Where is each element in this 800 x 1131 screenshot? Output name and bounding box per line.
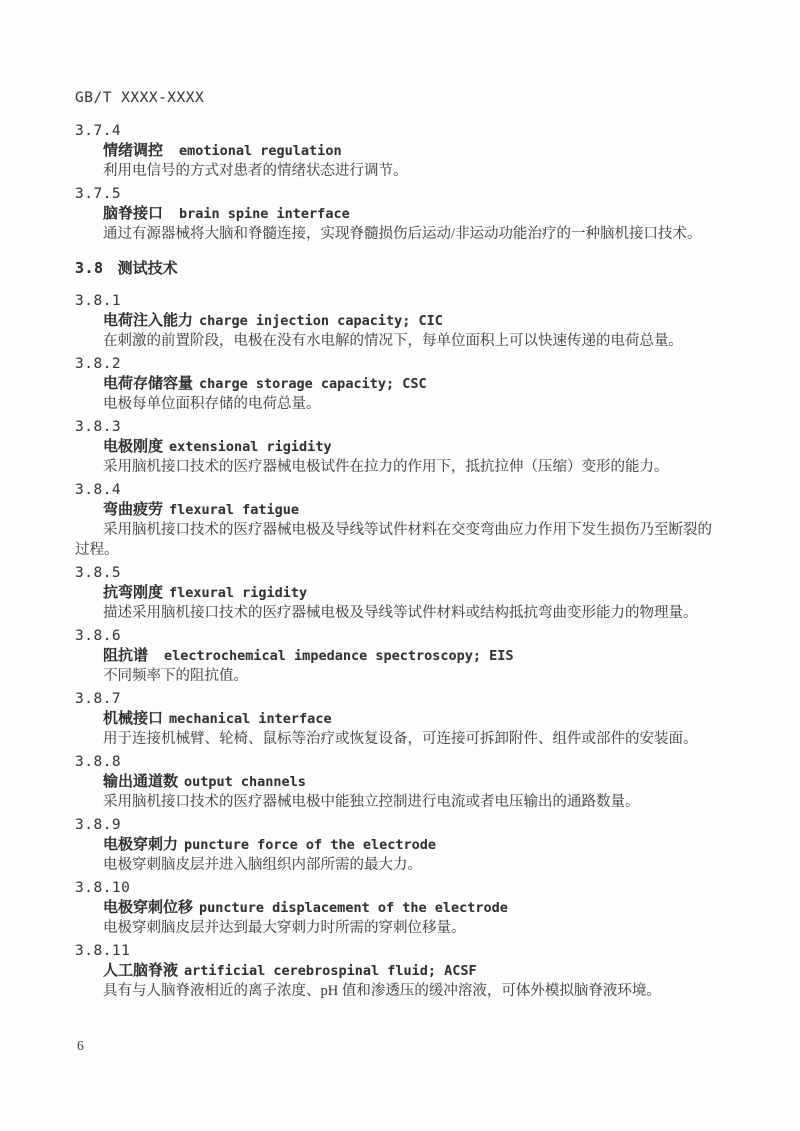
clause-number: 3.8.9: [75, 815, 725, 835]
term-en: artificial cerebrospinal fluid; ACSF: [184, 963, 477, 979]
term-definition: 采用脑机接口技术的医疗器械电极中能独立控制进行电流或者电压输出的通路数量。: [75, 792, 725, 812]
term-definition: 描述采用脑机接口技术的医疗器械电极及导线等试件材料或结构抵抗弯曲变形能力的物理量…: [75, 603, 725, 623]
document-content: 3.7.4 情绪调控emotional regulation 利用电信号的方式对…: [75, 118, 725, 1001]
term-zh: 电荷注入能力: [103, 312, 193, 329]
term-definition: 在刺激的前置阶段，电极在没有水电解的情况下，每单位面积上可以快速传递的电荷总量。: [75, 331, 725, 351]
section-heading-number: 3.8: [75, 259, 104, 277]
clause-number: 3.8.8: [75, 752, 725, 772]
term-en: puncture displacement of the electrode: [199, 900, 508, 916]
term-zh: 脑脊接口: [103, 205, 163, 222]
term-zh: 抗弯刚度: [103, 584, 163, 601]
term-entry-3-8-3: 3.8.3 电极刚度extensional rigidity 采用脑机接口技术的…: [75, 417, 725, 477]
term-en: charge storage capacity; CSC: [199, 376, 427, 392]
running-header: GB/T XXXX-XXXX: [75, 90, 204, 106]
term-zh: 电极穿刺位移: [103, 899, 193, 916]
clause-number: 3.7.4: [75, 121, 725, 141]
term-line: 情绪调控emotional regulation: [103, 141, 725, 161]
term-line: 人工脑脊液artificial cerebrospinal fluid; ACS…: [103, 961, 725, 981]
term-entry-3-8-5: 3.8.5 抗弯刚度flexural rigidity 描述采用脑机接口技术的医…: [75, 563, 725, 623]
term-line: 机械接口mechanical interface: [103, 709, 725, 729]
clause-number: 3.8.6: [75, 626, 725, 646]
term-en: extensional rigidity: [169, 439, 332, 455]
clause-number: 3.8.2: [75, 354, 725, 374]
term-entry-3-8-9: 3.8.9 电极穿刺力puncture force of the electro…: [75, 815, 725, 875]
term-line: 阻抗谱electrochemical impedance spectroscop…: [103, 646, 725, 666]
term-en: flexural fatigue: [169, 502, 299, 518]
term-definition: 具有与人脑脊液相近的离子浓度、pH 值和渗透压的缓冲溶液，可体外模拟脑脊液环境。: [75, 981, 725, 1001]
section-heading-3-8: 3.8测试技术: [75, 258, 725, 279]
term-entry-3-8-11: 3.8.11 人工脑脊液artificial cerebrospinal flu…: [75, 941, 725, 1001]
term-entry-3-7-4: 3.7.4 情绪调控emotional regulation 利用电信号的方式对…: [75, 121, 725, 181]
term-line: 电荷存储容量charge storage capacity; CSC: [103, 374, 725, 394]
term-line: 电荷注入能力charge injection capacity; CIC: [103, 311, 725, 331]
term-entry-3-8-10: 3.8.10 电极穿刺位移puncture displacement of th…: [75, 878, 725, 938]
term-en: puncture force of the electrode: [184, 837, 436, 853]
term-entry-3-7-5: 3.7.5 脑脊接口brain spine interface 通过有源器械将大…: [75, 184, 725, 244]
clause-number: 3.8.1: [75, 291, 725, 311]
term-zh: 阻抗谱: [103, 647, 148, 664]
term-zh: 人工脑脊液: [103, 962, 178, 979]
clause-number: 3.8.11: [75, 941, 725, 961]
term-line: 脑脊接口brain spine interface: [103, 204, 725, 224]
term-definition: 采用脑机接口技术的医疗器械电极及导线等试件材料在交变弯曲应力作用下发生损伤乃至断…: [75, 520, 725, 560]
term-entry-3-8-8: 3.8.8 输出通道数output channels 采用脑机接口技术的医疗器械…: [75, 752, 725, 812]
term-en: brain spine interface: [179, 206, 350, 222]
term-zh: 机械接口: [103, 710, 163, 727]
clause-number: 3.8.3: [75, 417, 725, 437]
term-definition: 采用脑机接口技术的医疗器械电极试件在拉力的作用下，抵抗拉伸（压缩）变形的能力。: [75, 457, 725, 477]
clause-number: 3.7.5: [75, 184, 725, 204]
term-en: output channels: [184, 774, 306, 790]
term-definition: 用于连接机械臂、轮椅、鼠标等治疗或恢复设备，可连接可拆卸附件、组件或部件的安装面…: [75, 729, 725, 749]
term-en: emotional regulation: [179, 143, 342, 159]
page-number: 6: [77, 1038, 84, 1054]
document-page: GB/T XXXX-XXXX 3.7.4 情绪调控emotional regul…: [0, 0, 800, 1131]
clause-number: 3.8.10: [75, 878, 725, 898]
term-line: 弯曲疲劳flexural fatigue: [103, 500, 725, 520]
term-entry-3-8-2: 3.8.2 电荷存储容量charge storage capacity; CSC…: [75, 354, 725, 414]
term-zh: 输出通道数: [103, 773, 178, 790]
term-zh: 电极刚度: [103, 438, 163, 455]
term-zh: 电极穿刺力: [103, 836, 178, 853]
term-en: mechanical interface: [169, 711, 332, 727]
section-heading-title: 测试技术: [118, 260, 178, 277]
term-line: 电极穿刺力puncture force of the electrode: [103, 835, 725, 855]
clause-number: 3.8.4: [75, 480, 725, 500]
term-entry-3-8-4: 3.8.4 弯曲疲劳flexural fatigue 采用脑机接口技术的医疗器械…: [75, 480, 725, 560]
term-line: 输出通道数output channels: [103, 772, 725, 792]
term-entry-3-8-7: 3.8.7 机械接口mechanical interface 用于连接机械臂、轮…: [75, 689, 725, 749]
term-en: charge injection capacity; CIC: [199, 313, 443, 329]
term-line: 抗弯刚度flexural rigidity: [103, 583, 725, 603]
term-en: flexural rigidity: [169, 585, 307, 601]
term-definition: 不同频率下的阻抗值。: [75, 666, 725, 686]
term-en: electrochemical impedance spectroscopy; …: [164, 648, 514, 664]
term-zh: 电荷存储容量: [103, 375, 193, 392]
clause-number: 3.8.7: [75, 689, 725, 709]
term-definition: 电极穿刺脑皮层并达到最大穿刺力时所需的穿刺位移量。: [75, 918, 725, 938]
term-line: 电极刚度extensional rigidity: [103, 437, 725, 457]
term-entry-3-8-6: 3.8.6 阻抗谱electrochemical impedance spect…: [75, 626, 725, 686]
term-definition: 电极每单位面积存储的电荷总量。: [75, 394, 725, 414]
term-line: 电极穿刺位移puncture displacement of the elect…: [103, 898, 725, 918]
term-definition: 利用电信号的方式对患者的情绪状态进行调节。: [75, 161, 725, 181]
term-definition: 通过有源器械将大脑和脊髓连接，实现脊髓损伤后运动/非运动功能治疗的一种脑机接口技…: [75, 224, 725, 244]
term-definition: 电极穿刺脑皮层并进入脑组织内部所需的最大力。: [75, 855, 725, 875]
term-zh: 情绪调控: [103, 142, 163, 159]
term-zh: 弯曲疲劳: [103, 501, 163, 518]
clause-number: 3.8.5: [75, 563, 725, 583]
term-entry-3-8-1: 3.8.1 电荷注入能力charge injection capacity; C…: [75, 291, 725, 351]
